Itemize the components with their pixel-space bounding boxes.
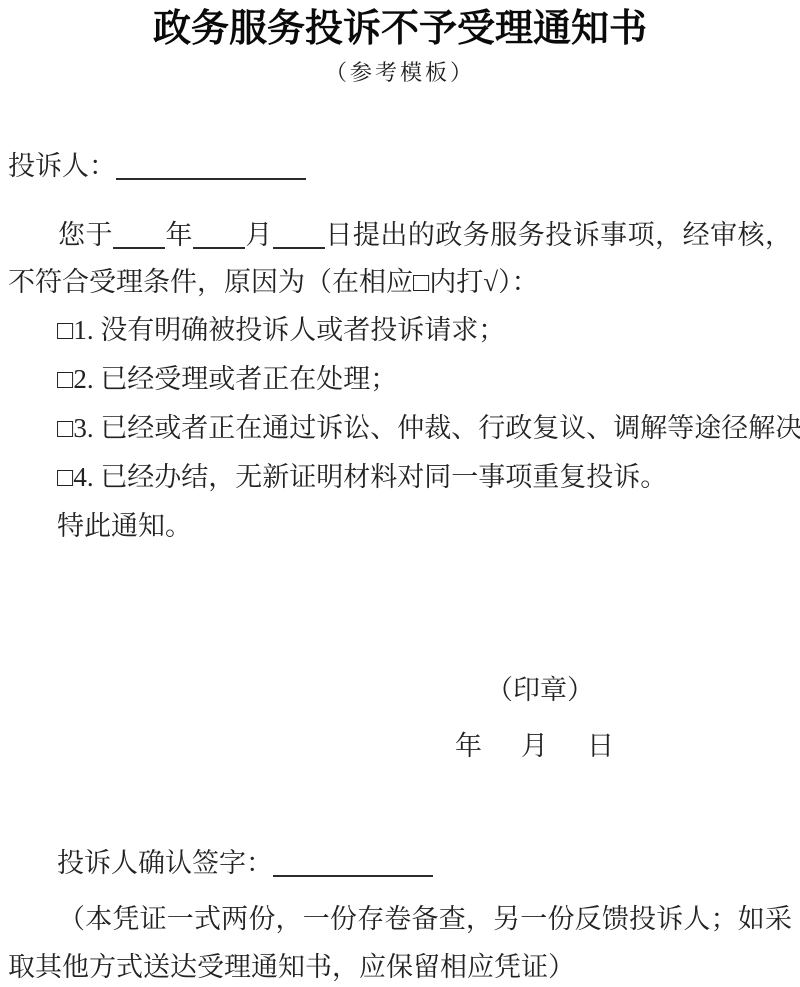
body-text-intro: 您于 [58,220,113,250]
signature-line: 投诉人确认签字： [8,845,792,881]
reason-list: □1. 没有明确被投诉人或者投诉请求； □2. 已经受理或者正在处理； □3. … [8,306,792,551]
month-blank-field[interactable] [193,224,245,249]
checkbox-reason-1[interactable]: □ [57,315,73,345]
body-text-month: 月 [245,220,273,250]
reason-text-3: 3. 已经或者正在通过诉讼、仲裁、行政复议、调解等途径解决； [73,413,800,443]
day-blank-field[interactable] [273,224,325,249]
signoff-block: （印章） 年 月 日 [8,675,792,761]
reason-text-1: 1. 没有明确被投诉人或者投诉请求； [73,315,505,345]
document-page: 政务服务投诉不予受理通知书 （参考模板） 投诉人： 您于年月日提出的政务服务投诉… [0,0,800,987]
checkbox-reason-3[interactable]: □ [57,413,73,443]
closing-notice: 特此通知。 [8,502,792,551]
signature-blank-field[interactable] [273,852,433,877]
complainant-label: 投诉人： [8,151,116,181]
signature-label: 投诉人确认签字： [57,848,273,878]
body-text-year: 年 [165,220,193,250]
reason-item-2: □2. 已经受理或者正在处理； [8,355,792,404]
footer-note: （本凭证一式两份，一份存卷备查，另一份反馈投诉人；如采取其他方式送达受理通知书，… [8,895,792,987]
checkbox-reason-4[interactable]: □ [57,462,73,492]
year-blank-field[interactable] [113,224,165,249]
reason-text-2: 2. 已经受理或者正在处理； [73,364,397,394]
complainant-line: 投诉人： [8,148,792,184]
reason-item-4: □4. 已经办结，无新证明材料对同一事项重复投诉。 [8,453,792,502]
reason-text-4: 4. 已经办结，无新证明材料对同一事项重复投诉。 [73,462,667,492]
doc-title: 政务服务投诉不予受理通知书 [8,6,792,52]
seal-placeholder: （印章） [8,675,792,705]
date-line: 年 月 日 [8,731,792,761]
reason-item-3: □3. 已经或者正在通过诉讼、仲裁、行政复议、调解等途径解决； [8,404,792,453]
body-paragraph: 您于年月日提出的政务服务投诉事项，经审核，不符合受理条件，原因为（在相应□内打√… [8,212,792,306]
complainant-blank-field[interactable] [116,155,306,180]
reason-item-1: □1. 没有明确被投诉人或者投诉请求； [8,306,792,355]
doc-subtitle: （参考模板） [8,60,792,86]
checkbox-reason-2[interactable]: □ [57,364,73,394]
